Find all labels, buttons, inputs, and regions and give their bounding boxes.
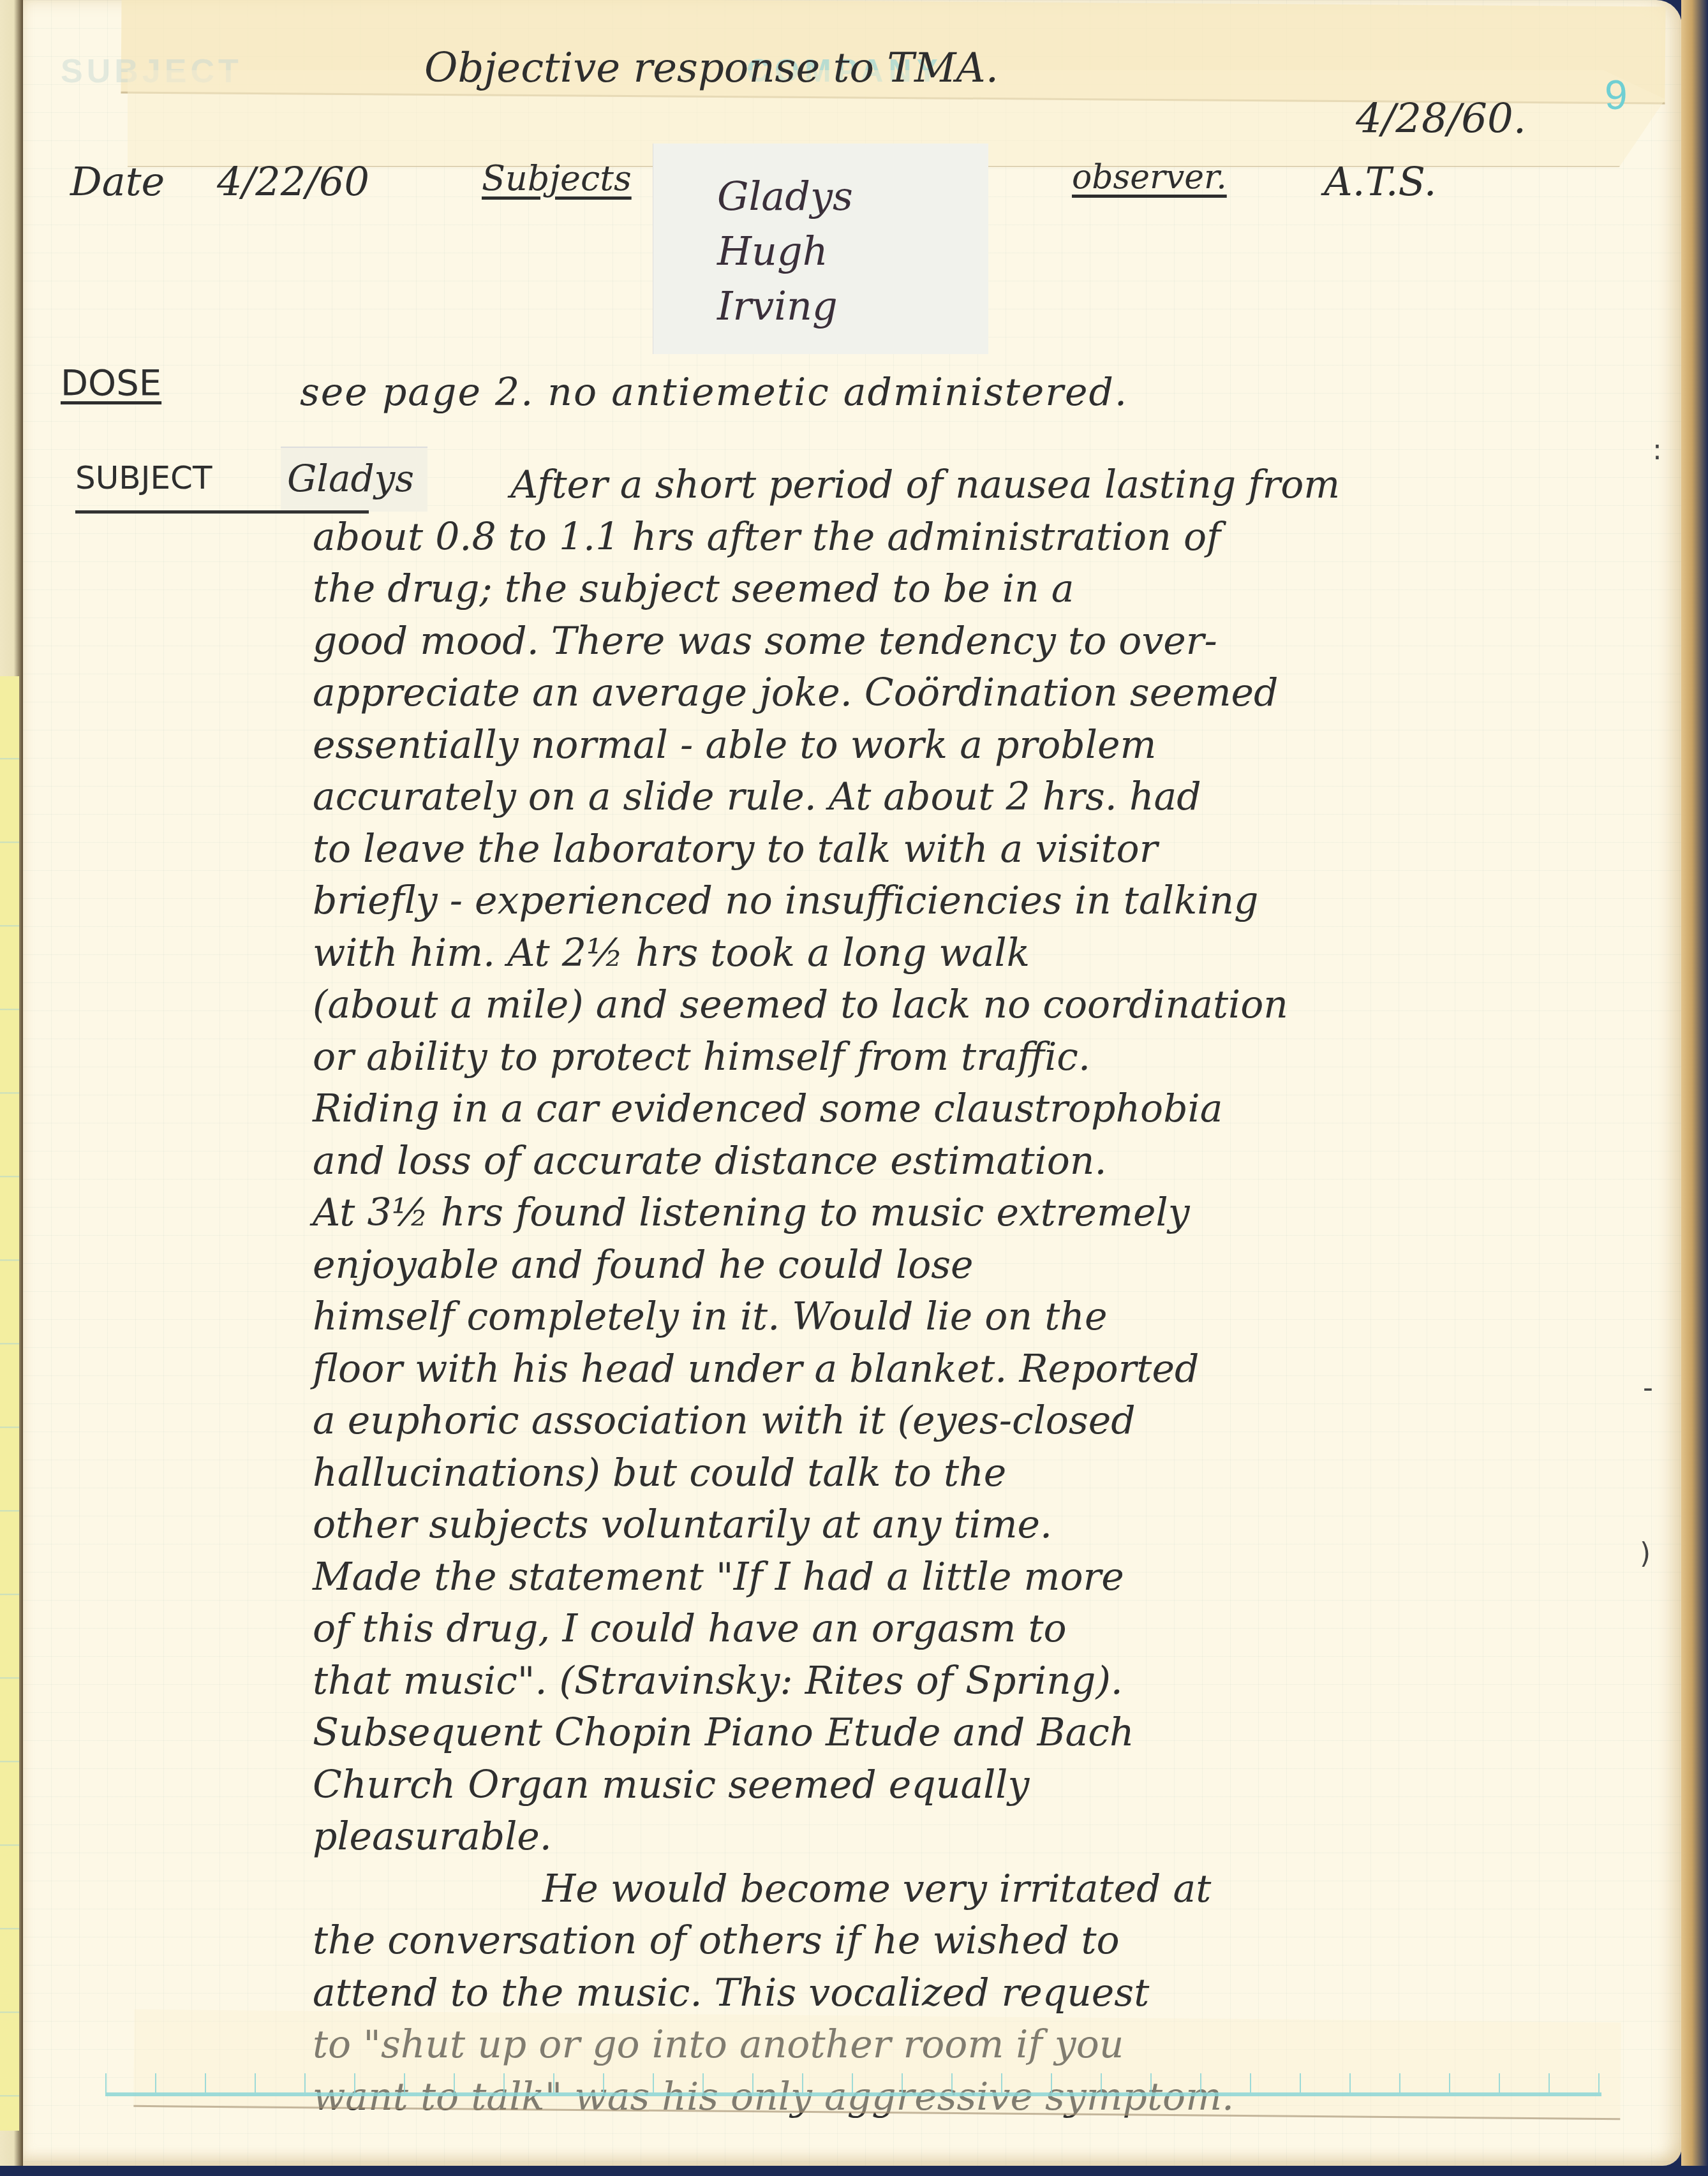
- note-line: Riding in a car evidenced some claustrop…: [313, 1083, 1640, 1136]
- dose-text: see page 2. no antiemetic administered.: [300, 370, 1128, 415]
- note-line: At 3½ hrs found listening to music extre…: [313, 1187, 1640, 1240]
- adjacent-yellow-page-edge: [0, 676, 19, 2131]
- note-line: After a short period of nausea lasting f…: [313, 459, 1640, 512]
- note-line: pleasurable.: [313, 1811, 1640, 1863]
- note-line: hallucinations) but could talk to the: [313, 1447, 1640, 1500]
- note-line: Subsequent Chopin Piano Etude and Bach: [313, 1707, 1640, 1759]
- subject-name: Hugh: [717, 224, 853, 279]
- page-title: Objective response to TMA.: [424, 45, 999, 92]
- note-line: briefly - experienced no insufficiencies…: [313, 875, 1640, 928]
- note-line: He would become very irritated at: [313, 1863, 1640, 1916]
- note-line: Church Organ music seemed equally: [313, 1759, 1640, 1812]
- note-line: the drug; the subject seemed to be in a: [313, 563, 1640, 616]
- note-line: good mood. There was some tendency to ov…: [313, 616, 1640, 668]
- note-line: essentially normal - able to work a prob…: [313, 720, 1640, 772]
- subjects-label: Subjects: [482, 158, 632, 198]
- note-line: the conversation of others if he wished …: [313, 1915, 1640, 1967]
- note-line: with him. At 2½ hrs took a long walk: [313, 928, 1640, 980]
- page-number: 9: [1605, 71, 1628, 119]
- note-line: to leave the laboratory to talk with a v…: [313, 824, 1640, 876]
- subject-label: SUBJECT: [75, 459, 212, 496]
- note-line: a euphoric association with it (eyes-clo…: [313, 1395, 1640, 1447]
- subjects-list-box: Gladys Hugh Irving: [653, 144, 988, 354]
- observer-label: observer.: [1072, 158, 1227, 196]
- printed-ruler-scale: [105, 2073, 1601, 2096]
- subject-name: Irving: [717, 279, 853, 334]
- note-line: Made the statement "If I had a little mo…: [313, 1551, 1640, 1604]
- page-bottom-edge: [0, 2166, 1708, 2176]
- entry-date-top: 4/28/60.: [1356, 96, 1526, 143]
- date-value: 4/22/60: [217, 158, 369, 205]
- note-line: or ability to protect himself from traff…: [313, 1032, 1640, 1084]
- note-line: other subjects voluntarily at any time.: [313, 1499, 1640, 1551]
- tape-strip-bottom: [133, 2009, 1621, 2120]
- note-line: floor with his head under a blanket. Rep…: [313, 1343, 1640, 1396]
- subjects-list: Gladys Hugh Irving: [717, 169, 853, 334]
- note-line: himself completely in it. Would lie on t…: [313, 1291, 1640, 1343]
- note-line: (about a mile) and seemed to lack no coo…: [313, 979, 1640, 1032]
- note-line: about 0.8 to 1.1 hrs after the administr…: [313, 512, 1640, 564]
- observation-notes: After a short period of nausea lasting f…: [313, 459, 1640, 2123]
- dose-label: DOSE: [61, 362, 161, 404]
- margin-bracket-mark: ): [1640, 1537, 1651, 1570]
- note-line: enjoyable and found he could lose: [313, 1240, 1640, 1292]
- subject-name: Gladys: [717, 169, 853, 224]
- observer-value: A.T.S.: [1324, 158, 1436, 205]
- margin-colon-mark: :: [1652, 434, 1662, 466]
- note-line: accurately on a slide rule. At about 2 h…: [313, 771, 1640, 824]
- margin-dash-mark: -: [1643, 1372, 1653, 1404]
- page-right-edge: [1681, 0, 1708, 2176]
- note-line: attend to the music. This vocalized requ…: [313, 1967, 1640, 2020]
- note-line: and loss of accurate distance estimation…: [313, 1136, 1640, 1188]
- note-line: appreciate an average joke. Coördination…: [313, 667, 1640, 720]
- date-label: Date: [70, 158, 165, 205]
- note-line: that music". (Stravinsky: Rites of Sprin…: [313, 1655, 1640, 1708]
- note-line: of this drug, I could have an orgasm to: [313, 1603, 1640, 1655]
